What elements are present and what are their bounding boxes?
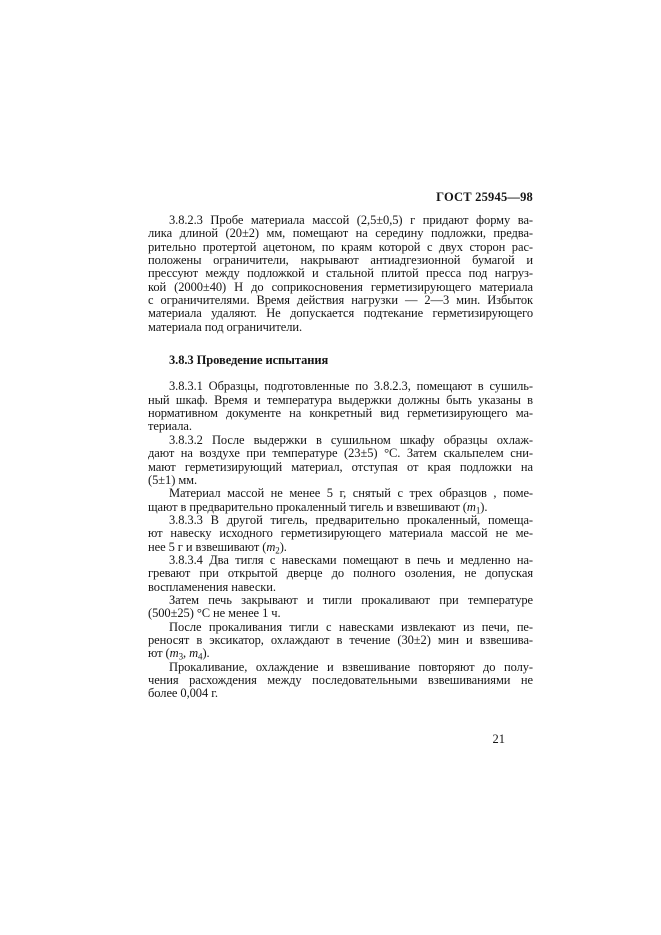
text-line: Затем печь закрывают и тигли прокаливают… xyxy=(148,594,533,607)
text-line: щают в предварительно прокаленный тигель… xyxy=(148,501,533,514)
text-line: нее 5 г и взвешивают (m2). xyxy=(148,541,533,554)
text-line: положены ограничители, накрывают антиадг… xyxy=(148,254,533,267)
text-line: 3.8.3.3 В другой тигель, предварительно … xyxy=(148,514,533,527)
text-line: После прокаливания тигли с навесками изв… xyxy=(148,621,533,634)
paragraph: Затем печь закрывают и тигли прокаливают… xyxy=(148,594,533,621)
text-line: дают на воздухе при температуре (23±5) °… xyxy=(148,447,533,460)
text-line: Материал массой не менее 5 г, снятый с т… xyxy=(148,487,533,500)
paragraph: 3.8.3.2 После выдержки в сушильном шкафу… xyxy=(148,434,533,487)
doc-number: ГОСТ 25945—98 xyxy=(148,190,533,205)
text-line: (5±1) мм. xyxy=(148,474,533,487)
paragraph: Материал массой не менее 5 г, снятый с т… xyxy=(148,487,533,514)
text-line: ный шкаф. Время и температура выдержки д… xyxy=(148,394,533,407)
paragraph: 3.8.2.3 Пробе материала массой (2,5±0,5)… xyxy=(148,214,533,334)
paragraph: После прокаливания тигли с навесками изв… xyxy=(148,621,533,661)
text-line: реносят в эксикатор, охлаждают в течение… xyxy=(148,634,533,647)
text-line: с ограничителями. Время действия нагрузк… xyxy=(148,294,533,307)
paragraph: 3.8.3.4 Два тигля с навесками помещают в… xyxy=(148,554,533,594)
text-line: (500±25) °С не менее 1 ч. xyxy=(148,607,533,620)
text-line: мают герметизирующий материал, отступая … xyxy=(148,461,533,474)
text-line: 3.8.3.2 После выдержки в сушильном шкафу… xyxy=(148,434,533,447)
page-number: 21 xyxy=(148,732,505,747)
text-line: кой (2000±40) Н до соприкосновения герме… xyxy=(148,281,533,294)
document-body: 3.8.2.3 Пробе материала массой (2,5±0,5)… xyxy=(148,214,533,701)
paragraph: Прокаливание, охлаждение и взвешивание п… xyxy=(148,661,533,701)
text-line: 3.8.3.4 Два тигля с навесками помещают в… xyxy=(148,554,533,567)
text-line: гревают при открытой дверце до полного о… xyxy=(148,567,533,580)
text-line: ют (m3, m4). xyxy=(148,647,533,660)
paragraph: 3.8.3.1 Образцы, подготовленные по 3.8.2… xyxy=(148,380,533,433)
text-line: более 0,004 г. xyxy=(148,687,533,700)
text-line: Прокаливание, охлаждение и взвешивание п… xyxy=(148,661,533,674)
text-line: 3.8.2.3 Пробе материала массой (2,5±0,5)… xyxy=(148,214,533,227)
text-line: чения расхождения между последовательным… xyxy=(148,674,533,687)
text-line: 3.8.3 Проведение испытания xyxy=(148,354,533,367)
text-line: лика длиной (20±2) мм, помещают на серед… xyxy=(148,227,533,240)
text-line: териала. xyxy=(148,420,533,433)
text-line: 3.8.3.1 Образцы, подготовленные по 3.8.2… xyxy=(148,380,533,393)
text-line: ют навеску исходного герметизирующего ма… xyxy=(148,527,533,540)
text-line: материала под ограничители. xyxy=(148,321,533,334)
paragraph: 3.8.3.3 В другой тигель, предварительно … xyxy=(148,514,533,554)
section-heading: 3.8.3 Проведение испытания xyxy=(148,354,533,367)
text-line: нормативном документе на конкретный вид … xyxy=(148,407,533,420)
text-line: материала удаляют. Не допускается подтек… xyxy=(148,307,533,320)
document-page: ГОСТ 25945—98 3.8.2.3 Пробе материала ма… xyxy=(0,0,661,935)
text-line: рительно протертой ацетоном, по краям ко… xyxy=(148,241,533,254)
text-line: прессуют между подложкой и стальной плит… xyxy=(148,267,533,280)
text-line: воспламенения навески. xyxy=(148,581,533,594)
